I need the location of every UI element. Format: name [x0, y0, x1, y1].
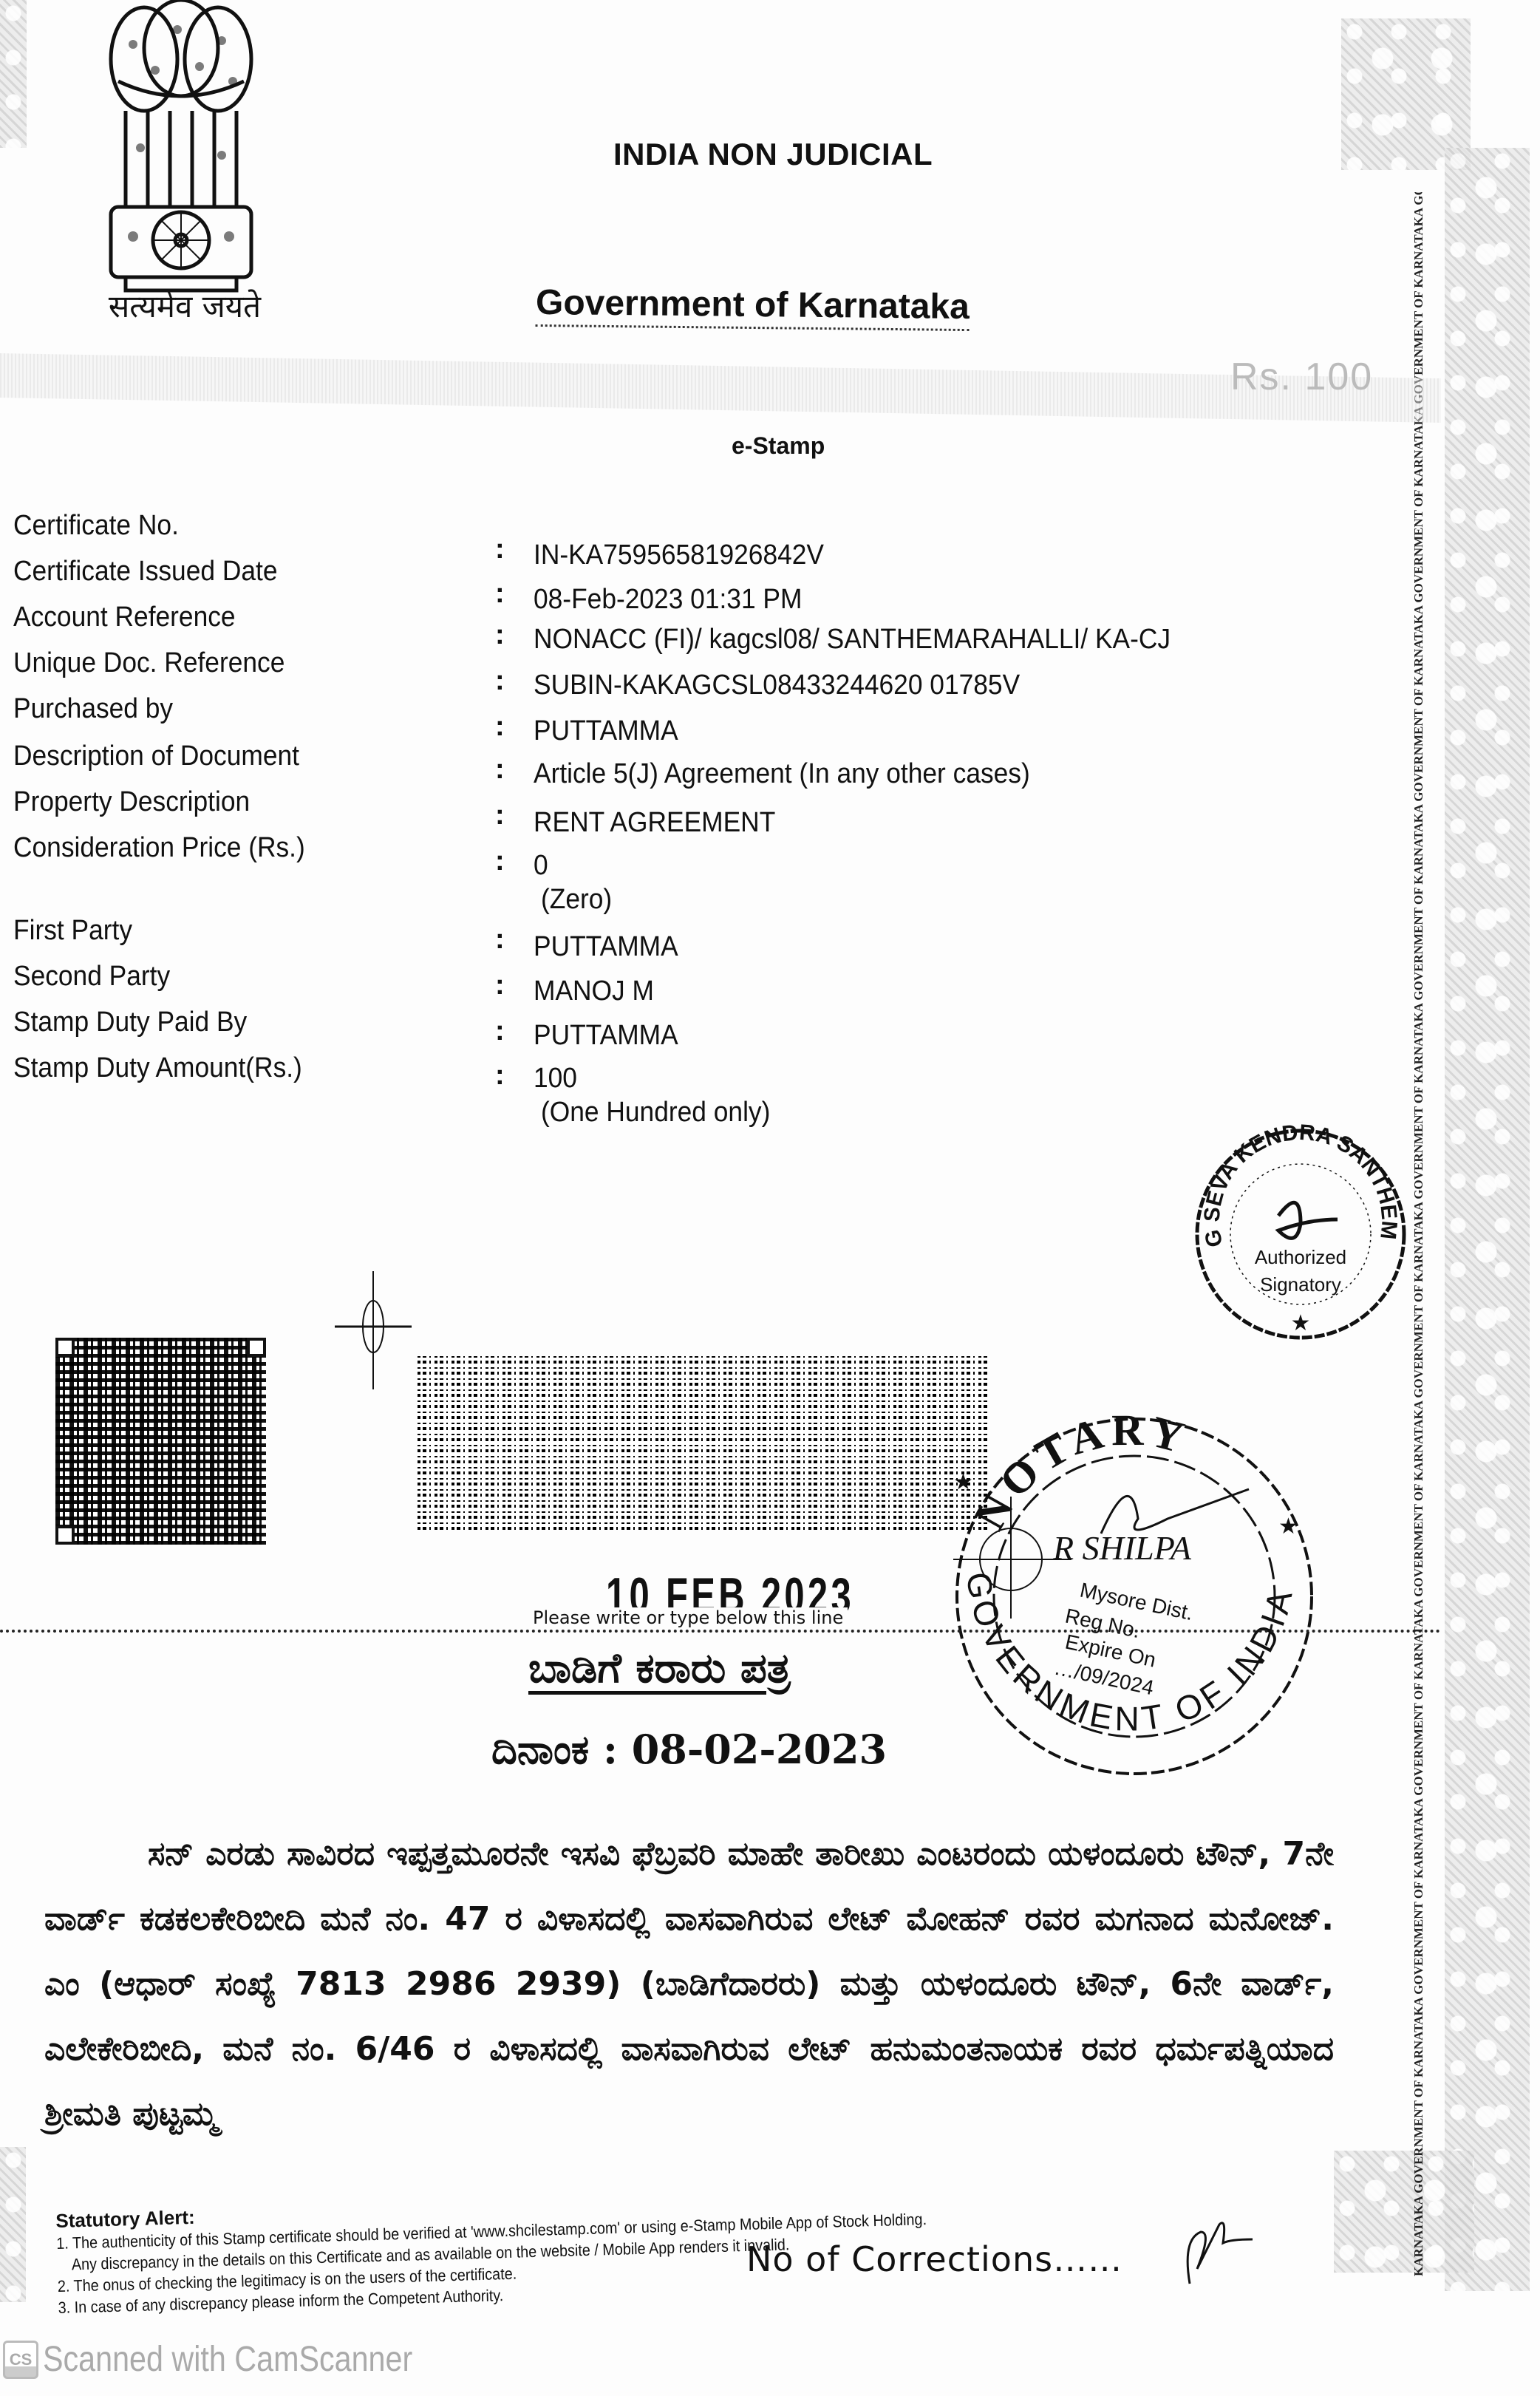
scanner-label: Scanned with CamScanner	[43, 2339, 412, 2380]
detail-row: Certificate No. : IN-KA75956581926842V	[7, 510, 1264, 556]
scanner-watermark: CS Scanned with CamScanner	[3, 2339, 473, 2380]
agreement-date: ದಿನಾಂಕ : 08-02-2023	[491, 1726, 887, 1774]
signature-icon	[1175, 2213, 1256, 2295]
qr-code	[55, 1338, 266, 1545]
vendor-seal-icon: G SEVA KENDRA SANTHEMARAHALLI Authorized…	[1193, 1105, 1408, 1356]
svg-text:★: ★	[1278, 1514, 1298, 1539]
detail-row: Property Description : RENT AGREEMENT	[7, 786, 1264, 832]
detail-label: Property Description	[13, 786, 250, 818]
detail-label: Description of Document	[13, 741, 299, 772]
detail-label: Account Reference	[13, 602, 236, 633]
document-title: INDIA NON JUDICIAL	[613, 137, 933, 172]
detail-value: 100	[534, 1063, 577, 1095]
agreement-paragraph: ಸನ್ ಎರಡು ಸಾವಿರದ ಇಪ್ಪತ್ತಮೂರನೇ ಇಸವಿ ಫೆಬ್ರವ…	[44, 1822, 1334, 2147]
svg-text:Signatory: Signatory	[1260, 1273, 1341, 1296]
detail-value: MANOJ M	[534, 976, 654, 1007]
notary-seal-icon: NOTARY GOVERNMENT OF INDIA ★ ★ R SHILPA …	[924, 1400, 1338, 1785]
detail-row: Consideration Price (Rs.) : 0 (Zero)	[7, 832, 1264, 921]
issuer-name: Government of Karnataka	[536, 282, 970, 331]
detail-label: Consideration Price (Rs.)	[13, 832, 305, 864]
detail-value: PUTTAMMA	[534, 1020, 678, 1052]
detail-value: PUTTAMMA	[534, 931, 678, 963]
detail-row: Stamp Duty Amount(Rs.) : 100 (One Hundre…	[7, 1052, 1264, 1141]
detail-value: Article 5(J) Agreement (In any other cas…	[534, 758, 1030, 790]
detail-label: Certificate No.	[13, 510, 179, 542]
ornamental-border	[1445, 148, 1530, 2291]
write-below-instruction: Please write or type below this line	[528, 1607, 848, 1628]
svg-text:Authorized: Authorized	[1255, 1246, 1346, 1268]
denomination: Rs. 100	[1230, 355, 1373, 399]
detail-value-words: (Zero)	[541, 884, 612, 916]
detail-label: Unique Doc. Reference	[13, 647, 285, 679]
stamp-type: e-Stamp	[732, 432, 825, 460]
emblem-motto: सत्यमेव जयते	[89, 285, 281, 327]
ornamental-corner	[1334, 2151, 1474, 2273]
detail-label: Stamp Duty Paid By	[13, 1007, 247, 1038]
ornamental-corner	[0, 2147, 26, 2302]
detail-row: Certificate Issued Date : 08-Feb-2023 01…	[7, 556, 1264, 602]
divider-line	[0, 1630, 1441, 1633]
security-band	[0, 353, 1441, 423]
svg-text:NOTARY: NOTARY	[965, 1406, 1195, 1538]
ornamental-border	[0, 0, 27, 148]
detail-row: Account Reference : NONACC (FI)/ kagcsl0…	[7, 602, 1264, 647]
svg-text:R SHILPA: R SHILPA	[1052, 1529, 1192, 1567]
detail-row: Second Party : MANOJ M	[7, 961, 1264, 1007]
svg-text:★: ★	[1291, 1311, 1311, 1335]
corrections-count: No of Corrections……	[746, 2239, 1122, 2279]
2d-barcode	[418, 1356, 990, 1530]
detail-label: Certificate Issued Date	[13, 556, 277, 588]
security-microtext: KARNATAKA GOVERNMENT OF KARNATAKA GOVERN…	[1411, 192, 1437, 2276]
svg-text:★: ★	[953, 1470, 973, 1494]
detail-label: Second Party	[13, 961, 170, 993]
agreement-title: ಬಾಡಿಗೆ ಕರಾರು ಪತ್ರ	[528, 1644, 791, 1693]
detail-row: Stamp Duty Paid By : PUTTAMMA	[7, 1007, 1264, 1052]
registration-mark-icon	[329, 1271, 418, 1389]
detail-row: First Party : PUTTAMMA	[7, 915, 1264, 961]
detail-label: Purchased by	[13, 693, 173, 725]
camscanner-logo-icon: CS	[3, 2341, 38, 2379]
detail-row: Description of Document : Article 5(J) A…	[7, 741, 1264, 786]
ashoka-emblem-icon	[81, 0, 281, 296]
detail-row: Purchased by : PUTTAMMA	[7, 693, 1264, 739]
detail-label: First Party	[13, 915, 132, 947]
detail-label: Stamp Duty Amount(Rs.)	[13, 1052, 302, 1084]
detail-row: Unique Doc. Reference : SUBIN-KAKAGCSL08…	[7, 647, 1264, 693]
detail-value: 0	[534, 850, 548, 882]
detail-value-words: (One Hundred only)	[541, 1097, 770, 1129]
